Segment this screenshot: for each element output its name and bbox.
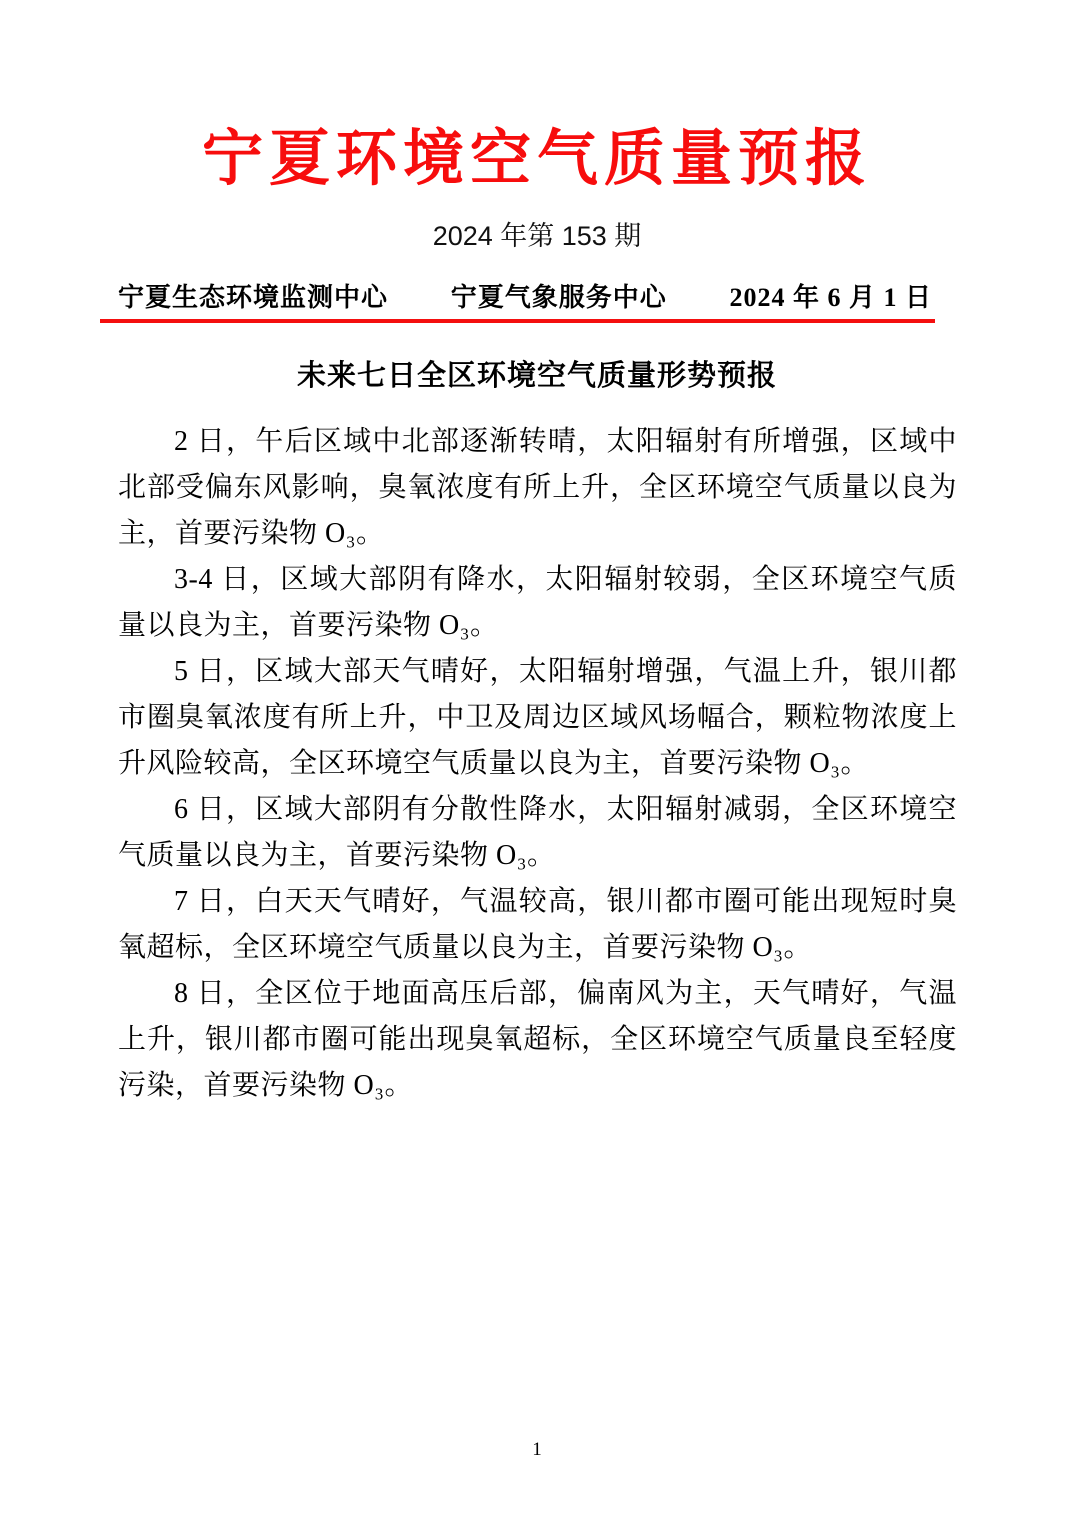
forecast-paragraph-day5: 5 日，区域大部天气晴好，太阳辐射增强，气温上升，银川都市圈臭氧浓度有所上升，中… xyxy=(118,649,957,787)
forecast-paragraph-day7: 7 日，白天天气晴好，气温较高，银川都市圈可能出现短时臭氧超标，全区环境空气质量… xyxy=(118,879,957,971)
issue-number: 2024 年第 153 期 xyxy=(0,218,1074,254)
issuer-monitoring-center: 宁夏生态环境监测中心 xyxy=(118,280,388,314)
red-divider-rule xyxy=(100,319,935,323)
section-title: 未来七日全区环境空气质量形势预报 xyxy=(0,356,1074,396)
forecast-document-page: 宁夏环境空气质量预报 2024 年第 153 期 宁夏生态环境监测中心 宁夏气象… xyxy=(0,0,1074,1520)
issuer-row: 宁夏生态环境监测中心 宁夏气象服务中心 2024 年 6 月 1 日 xyxy=(118,280,932,315)
issuer-weather-center: 宁夏气象服务中心 xyxy=(451,280,667,314)
forecast-paragraph-day8: 8 日，全区位于地面高压后部，偏南风为主，天气晴好，气温上升，银川都市圈可能出现… xyxy=(118,971,957,1109)
forecast-body: 2 日，午后区域中北部逐渐转晴，太阳辐射有所增强，区域中北部受偏东风影响，臭氧浓… xyxy=(118,419,957,1109)
page-number: 1 xyxy=(0,1438,1074,1462)
forecast-paragraph-day3-4: 3-4 日，区域大部阴有降水，太阳辐射较弱，全区环境空气质量以良为主，首要污染物… xyxy=(118,557,957,649)
forecast-paragraph-day2: 2 日，午后区域中北部逐渐转晴，太阳辐射有所增强，区域中北部受偏东风影响，臭氧浓… xyxy=(118,419,957,557)
issue-date: 2024 年 6 月 1 日 xyxy=(729,281,932,315)
forecast-paragraph-day6: 6 日，区域大部阴有分散性降水，太阳辐射减弱，全区环境空气质量以良为主，首要污染… xyxy=(118,787,957,879)
document-title: 宁夏环境空气质量预报 xyxy=(60,116,1014,204)
